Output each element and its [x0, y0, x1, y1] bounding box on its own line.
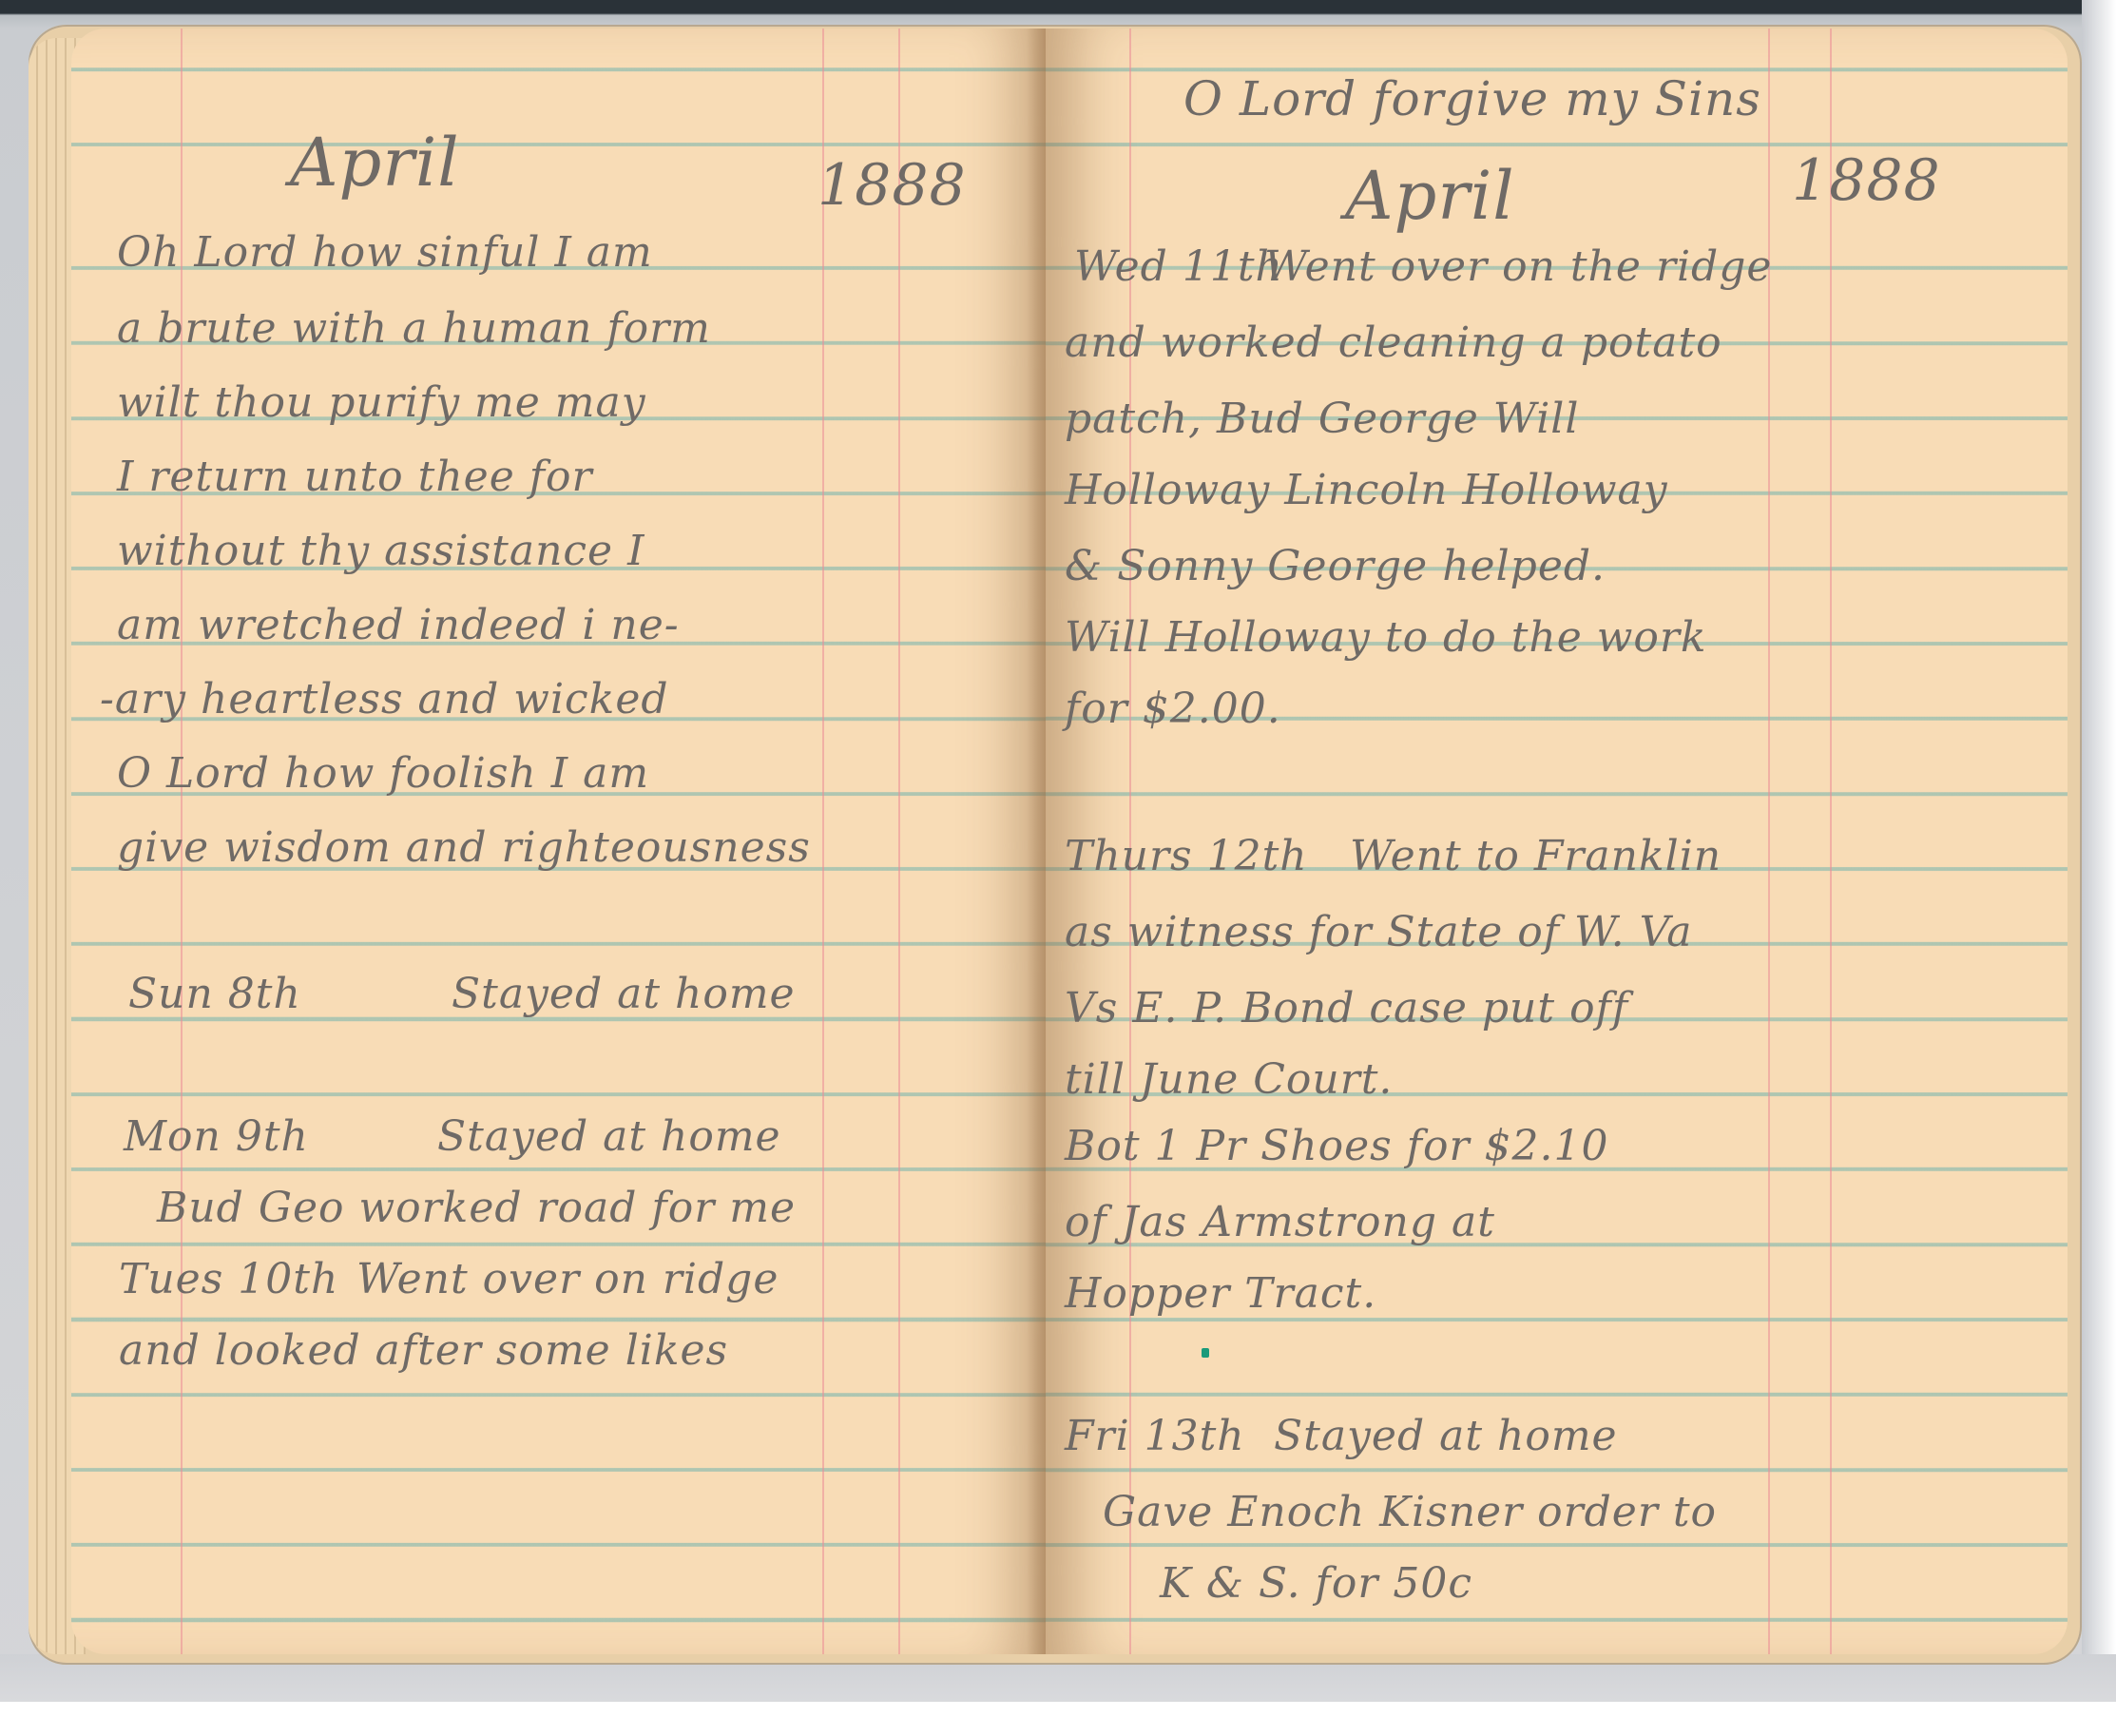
prayer-line: wilt thou purify me may: [117, 378, 1046, 427]
entry-text: Stayed at home: [452, 970, 1046, 1018]
scanner-edge-right: [2082, 0, 2116, 1702]
entry-text: K & S. for 50c: [1160, 1559, 2068, 1608]
left-page: April 1888 Oh Lord how sinful I am a bru…: [71, 29, 1046, 1654]
prayer-line: -ary heartless and wicked: [100, 675, 1046, 723]
entry-text: Stayed at home: [1274, 1412, 2068, 1460]
entry-text: Holloway Lincoln Holloway: [1065, 466, 2068, 514]
right-year-heading: 1888: [1792, 147, 2068, 214]
entry-text: Went over on the ridge: [1264, 242, 2068, 291]
prayer-line: Oh Lord how sinful I am: [117, 228, 1046, 277]
entry-text: patch, Bud George Will: [1065, 395, 2068, 443]
prayer-line: give wisdom and righteousness: [117, 823, 1046, 872]
entry-text: Went to Franklin: [1350, 832, 2068, 880]
entry-text: Gave Enoch Kisner order to: [1103, 1488, 2068, 1536]
prayer-line: O Lord how foolish I am: [117, 749, 1046, 798]
left-year-heading: 1888: [818, 152, 1046, 219]
entry-text: till June Court.: [1065, 1055, 2068, 1104]
prayer-line: a brute with a human form: [117, 304, 1046, 353]
entry-text: of Jas Armstrong at: [1065, 1198, 2068, 1246]
entry-text: and looked after some likes: [119, 1326, 1046, 1375]
entry-text: and worked cleaning a potato: [1065, 318, 2068, 367]
prayer-line: I return unto thee for: [117, 453, 1046, 501]
entry-text: for $2.00.: [1065, 685, 2068, 733]
entry-text: Bot 1 Pr Shoes for $2.10: [1065, 1122, 2068, 1170]
entry-text: Will Holloway to do the work: [1065, 613, 2068, 662]
entry-text: as witness for State of W. Va: [1065, 908, 2068, 956]
entry-text: & Sonny George helped.: [1065, 542, 2068, 590]
prayer-line: without thy assistance I: [117, 527, 1046, 575]
entry-text: Hopper Tract.: [1065, 1269, 2068, 1318]
entry-text: Stayed at home: [437, 1112, 1046, 1161]
entry-text: Bud Geo worked road for me: [157, 1184, 1046, 1232]
prayer-line: am wretched indeed i ne-: [117, 601, 1046, 649]
entry-text: Vs E. P. Bond case put off: [1065, 984, 2068, 1032]
ink-spot: [1202, 1348, 1209, 1358]
right-page: O Lord forgive my Sins April 1888 Wed 11…: [1046, 29, 2068, 1654]
entry-text: Went over on ridge: [356, 1255, 1046, 1303]
prayer-heading: O Lord forgive my Sins: [1183, 71, 2068, 126]
